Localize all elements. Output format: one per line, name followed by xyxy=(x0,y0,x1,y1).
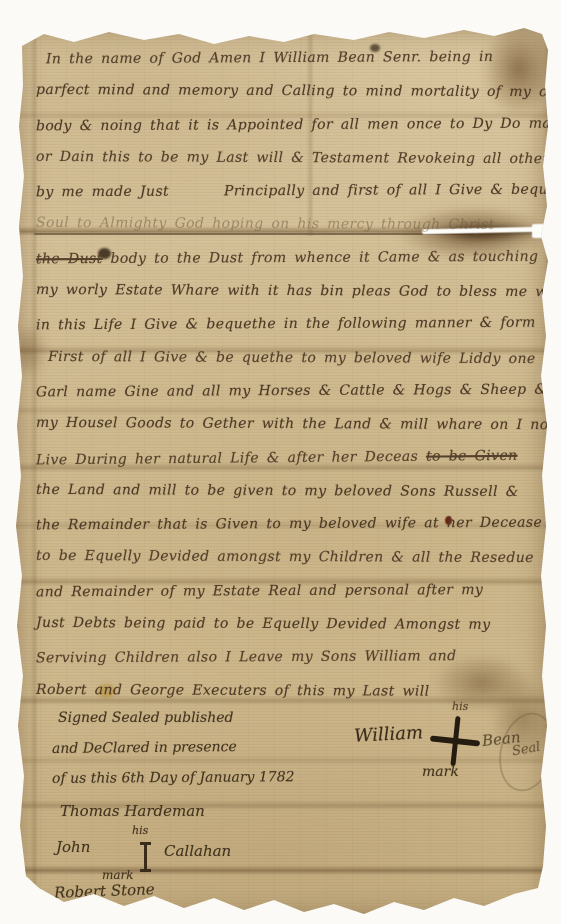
will-line: the Remainder that is Given to my belove… xyxy=(36,515,540,551)
witness-his-label: his xyxy=(132,824,148,837)
scan-background: In the name of God Amen I William Bean S… xyxy=(0,0,561,924)
manuscript-paper: In the name of God Amen I William Bean S… xyxy=(14,26,548,916)
testator-his-label: his xyxy=(452,700,468,713)
will-line: Serviving Children also I Leave my Sons … xyxy=(36,648,540,684)
will-line: in this Life I Give & bequethe in the fo… xyxy=(36,315,540,351)
testator-cross-mark xyxy=(428,714,483,769)
attestation-line-3: of us this 6th Day of January 1782 xyxy=(52,769,295,787)
attestation-line-2: and DeClared in presence xyxy=(52,739,237,757)
will-line: Live During her natural Life & after her… xyxy=(36,447,540,485)
will-line: to be Equelly Devided amongst my Childre… xyxy=(36,548,540,583)
will-line: or Dain this to be my Last will & Testam… xyxy=(36,149,540,184)
witness-signature-john-first: John xyxy=(56,838,90,856)
will-body-text: In the name of God Amen I William Bean S… xyxy=(36,50,540,716)
attestation-line-1: Signed Sealed published xyxy=(58,710,234,726)
will-line: my Housel Goods to Gether with the Land … xyxy=(36,415,540,450)
will-line: and Remainder of my Estate Real and pers… xyxy=(36,581,540,617)
will-line: body & noing that it is Appointed for al… xyxy=(36,115,540,151)
witness-john-mark-glyph xyxy=(144,844,147,870)
will-line: the Land and mill to be given to my belo… xyxy=(36,482,540,517)
will-line: my worly Estate Whare with it has bin pl… xyxy=(36,282,540,317)
testator-first-name: William xyxy=(353,722,423,747)
will-line: In the name of God Amen I William Bean S… xyxy=(36,49,540,85)
will-line: parfect mind and memory and Calling to m… xyxy=(36,82,540,117)
testator-mark-label: mark xyxy=(422,764,459,780)
will-line: by me made Just Principally and first of… xyxy=(36,182,540,218)
witness-signature-thomas-hardeman: Thomas Hardeman xyxy=(60,802,205,820)
will-line: First of all I Give & be quethe to my be… xyxy=(36,349,540,384)
witness-signature-callahan: Callahan xyxy=(164,842,231,860)
will-line: the Dust body to the Dust from whence it… xyxy=(36,248,540,284)
fold-crease xyxy=(14,865,548,875)
witness-mark-label: mark xyxy=(102,868,134,882)
witness-signature-robert-stone: Robert Stone xyxy=(54,880,155,902)
will-line-faded: Soul to Almighty God hoping on his mercy… xyxy=(36,215,540,250)
will-line: Garl name Gine and all my Horses & Cattl… xyxy=(36,382,540,418)
will-line: Just Debts being paid to be Equelly Devi… xyxy=(36,615,540,650)
